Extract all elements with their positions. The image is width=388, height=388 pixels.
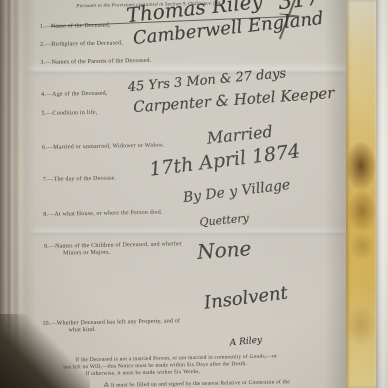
right-gutter-shadow	[324, 0, 348, 388]
tape-stain-spot	[346, 142, 376, 190]
field-label-children-line2: Minors or Majors.	[63, 250, 110, 257]
photographed-document-page: Pursuant to the Provisions contained in …	[0, 0, 388, 388]
field-label-day-of-decease: 7.—The day of the Decease.	[43, 175, 117, 182]
field-value-place-of-death-line2: Quettery	[199, 212, 249, 229]
bottom-left-binding-shadow	[0, 314, 90, 388]
footer-line3: If otherwise, it must be made within Six…	[85, 369, 200, 377]
field-label-children-line1: 9.—Names of the Children of Deceased, an…	[44, 241, 182, 250]
footer-line4: ⁂ It must be filled up and signed by the…	[104, 379, 290, 388]
field-value-property: Insolvent	[203, 283, 289, 314]
field-label-birthplace: 2.—Birthplace of the Deceased,	[40, 40, 123, 48]
field-label-age: 4.—Age of the Deceased,	[41, 91, 108, 98]
signature: A Riley	[229, 335, 262, 348]
field-label-name: 1.—Name of the Deceased,	[40, 23, 111, 30]
field-value-day-of-decease: 17th April 1874	[148, 140, 301, 181]
field-value-place-of-death-line1: By De y Village	[182, 177, 291, 206]
field-label-marital-status: 6.—Married or unmarried, Widower or Wido…	[42, 143, 164, 151]
field-value-children: None	[196, 236, 252, 264]
field-label-parents: 3.—Names of the Parents of the Deceased.	[40, 58, 151, 66]
field-label-place-of-death: 8.—At what House, or where the Person di…	[43, 210, 162, 218]
tape-stain-spot	[348, 190, 376, 232]
tape-stain-spot	[350, 232, 374, 260]
tape-stain-spot	[346, 305, 376, 345]
field-label-condition: 5.—Condition in life,	[41, 110, 97, 117]
yellowed-tape-strip	[346, 0, 378, 388]
right-page-edge	[376, 0, 388, 388]
